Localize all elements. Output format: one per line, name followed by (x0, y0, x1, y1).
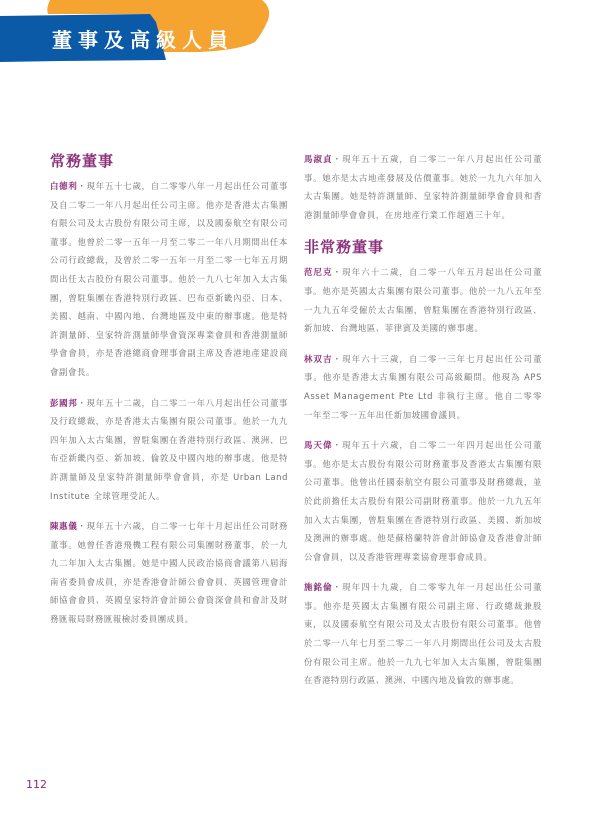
bio-paragraph: 林双吉・現年六十三歲，自二零一三年七月起出任公司董事。他亦是香港太古集團有限公司… (304, 350, 542, 424)
director-name: 馬淑貞 (304, 154, 333, 164)
right-column: 馬淑貞・現年五十五歲，自二零二一年八月起出任公司董事。她亦是太古地產發展及估價董… (304, 150, 542, 702)
director-name: 林双吉 (304, 354, 333, 364)
left-column: 常務董事 白德利・現年五十七歲，自二零零八年一月起出任公司董事及自二零二一年八月… (50, 150, 288, 641)
bio-text: ・現年五十二歲，自二零二一年八月起出任公司董事及行政總裁，亦是香港太古集團有限公… (50, 398, 288, 501)
page-title: 董事及高級人員 (52, 24, 234, 53)
bio-text: ・現年五十六歲，自二零一七年十月起出任公司財務董事。她曾任香港飛機工程有限公司集… (50, 521, 288, 624)
non-executive-section: 非常務董事 范尼克・現年六十二歲，自二零一八年五月起出任公司董事。他亦是英國太古… (304, 236, 542, 689)
director-name: 施銘倫 (304, 582, 333, 592)
bio-text: ・現年六十二歲，自二零一八年五月起出任公司董事。他亦是英國太古集團有限公司董事。… (304, 267, 542, 333)
bio-paragraph: 白德利・現年五十七歲，自二零零八年一月起出任公司董事及自二零二一年八月起出任公司… (50, 177, 288, 382)
bio-text: ・現年五十五歲，自二零二一年八月起出任公司董事。她亦是太古地產發展及估價董事。她… (304, 154, 542, 220)
section-title-non-executive-directors: 非常務董事 (304, 236, 542, 257)
bio-text: ・現年五十七歲，自二零零八年一月起出任公司董事及自二零二一年八月起出任公司主席。… (50, 181, 288, 377)
bio-paragraph: 陳惠儀・現年五十六歲，自二零一七年十月起出任公司財務董事。她曾任香港飛機工程有限… (50, 517, 288, 629)
bio-text: ・現年四十九歲，自二零零九年一月起出任公司董事。他亦是英國太古集團有限公司副主席… (304, 582, 542, 685)
bio-text: ・現年五十六歲，自二零二一年四月起出任公司董事。他亦是太古股份有限公司財務董事及… (304, 440, 542, 562)
bio-paragraph: 彭國邦・現年五十二歲，自二零二一年八月起出任公司董事及行政總裁，亦是香港太古集團… (50, 394, 288, 506)
page-header: 董事及高級人員 (0, 0, 300, 70)
director-name: 白德利 (50, 181, 77, 191)
bio-paragraph: 馬淑貞・現年五十五歲，自二零二一年八月起出任公司董事。她亦是太古地產發展及估價董… (304, 150, 542, 224)
director-name: 陳惠儀 (50, 521, 77, 531)
bio-paragraph: 馬天偉・現年五十六歲，自二零二一年四月起出任公司董事。他亦是太古股份有限公司財務… (304, 436, 542, 566)
section-title-executive-directors: 常務董事 (50, 150, 288, 171)
director-name: 馬天偉 (304, 440, 333, 450)
page-number: 112 (26, 778, 47, 791)
bio-paragraph: 范尼克・現年六十二歲，自二零一八年五月起出任公司董事。他亦是英國太古集團有限公司… (304, 263, 542, 337)
director-name: 彭國邦 (50, 398, 77, 408)
bio-paragraph: 施銘倫・現年四十九歲，自二零零九年一月起出任公司董事。他亦是英國太古集團有限公司… (304, 578, 542, 690)
bio-text: ・現年六十三歲，自二零一三年七月起出任公司董事。他亦是香港太古集團有限公司高級顧… (304, 354, 542, 420)
director-name: 范尼克 (304, 267, 333, 277)
